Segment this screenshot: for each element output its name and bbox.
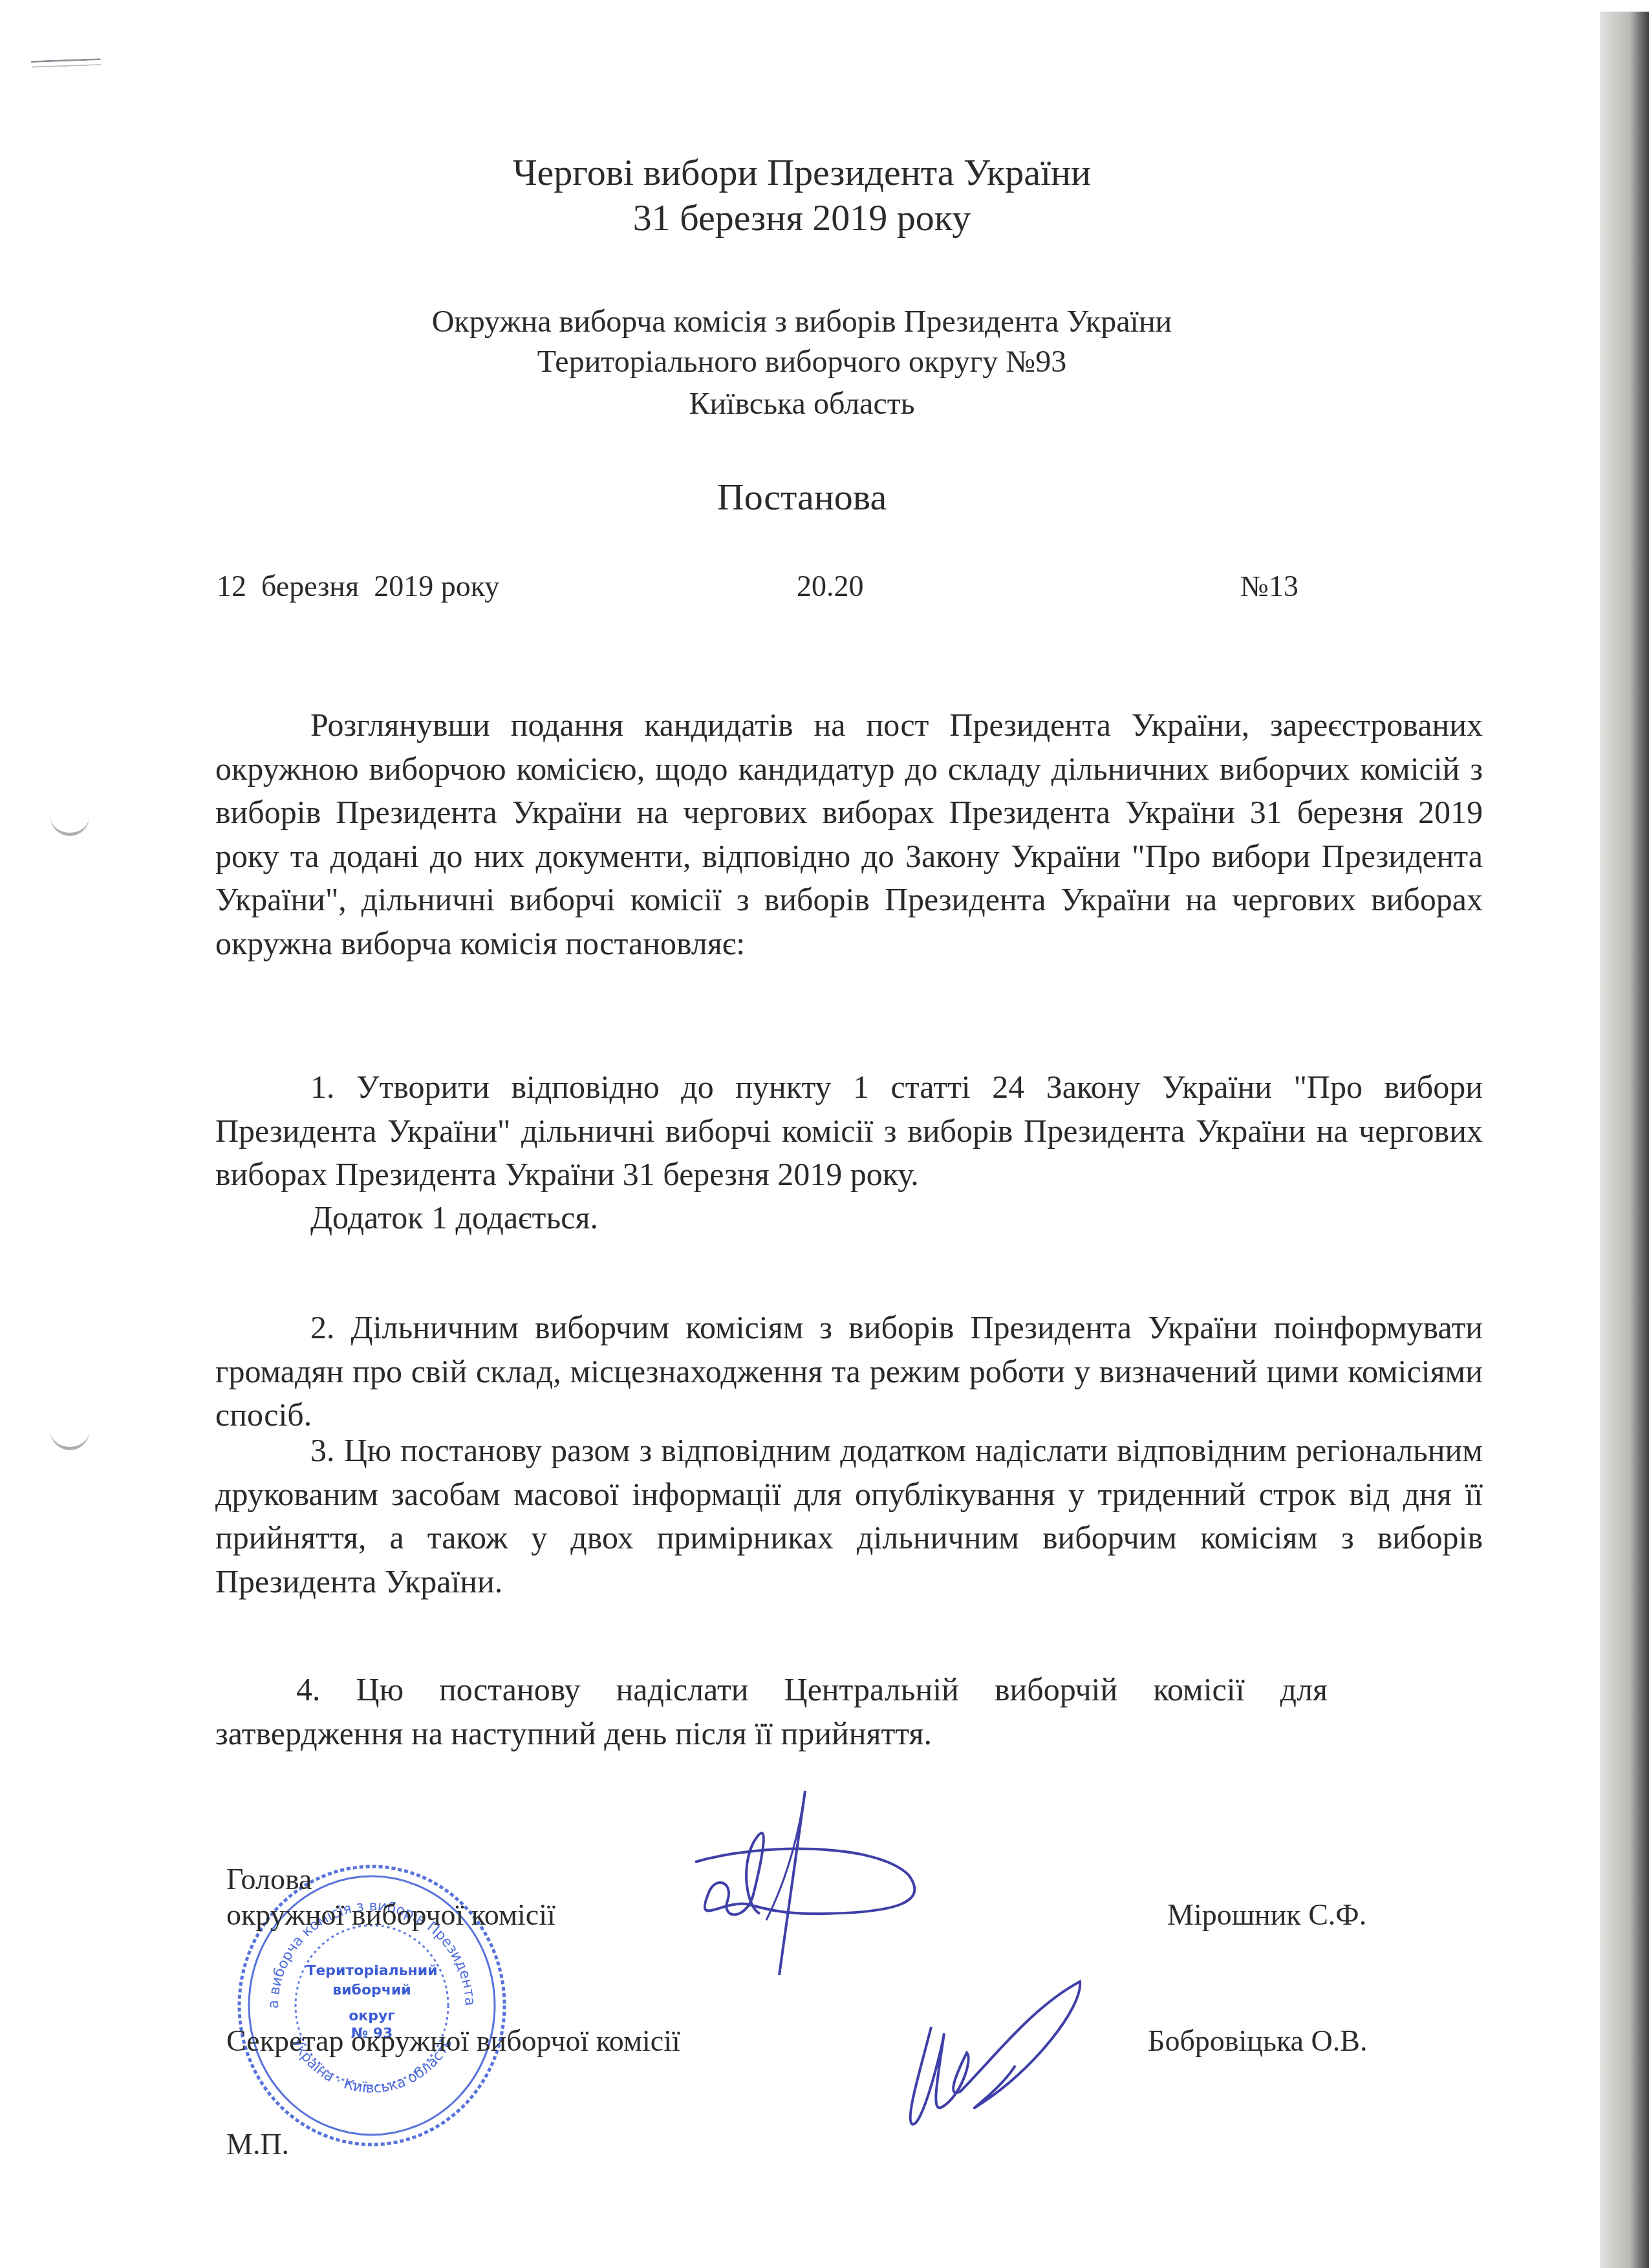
scan-scratch-mark [31, 58, 101, 68]
item-1-text: 1. Утворити відповідно до пункту 1 статт… [215, 1069, 1483, 1192]
chair-title-label: Голова [226, 1862, 312, 1896]
secretary-name: Бобровіцька О.В. [1148, 2024, 1367, 2058]
attachment-note: Додаток 1 додається. [310, 1196, 598, 1240]
scan-edge-shadow [1600, 12, 1649, 2268]
chair-signature [682, 1765, 973, 1978]
item-3-paragraph: 3. Цю постанову разом з відповідним дода… [215, 1429, 1483, 1603]
resolution-date: 12 березня 2019 року [217, 569, 499, 603]
svg-text:Територіальний: Територіальний [306, 1963, 437, 1979]
item-2-text: 2. Дільничним виборчим комісіям з виборі… [215, 1309, 1483, 1433]
punch-hole-mark [50, 1430, 89, 1450]
resolution-number: №13 [1240, 569, 1299, 603]
chair-name: Мірошник С.Ф. [1167, 1898, 1366, 1932]
svg-text:округ: округ [349, 2008, 395, 2024]
chair-commission-label: окружної виборчої комісії [226, 1898, 555, 1932]
item-3-text: 3. Цю постанову разом з відповідним дода… [215, 1432, 1483, 1599]
district-name: Територіального виборчого округу №93 [0, 343, 1604, 381]
intro-paragraph: Розглянувши подання кандидатів на пост П… [215, 703, 1483, 965]
scanned-document-page: Чергові вибори Президента України 31 бер… [0, 0, 1649, 2268]
secretary-label: Секретар окружної виборчої комісії [226, 2024, 680, 2058]
item-4-text: 4. Цю постанову надіслати Центральній ви… [215, 1671, 1328, 1751]
item-4-paragraph: 4. Цю постанову надіслати Центральній ви… [215, 1668, 1328, 1755]
secretary-signature [902, 1969, 1115, 2137]
region-name: Київська область [0, 385, 1604, 423]
document-type-heading: Постанова [0, 475, 1604, 519]
commission-name: Окружна виборча комісія з виборів Презид… [0, 303, 1604, 341]
resolution-time: 20.20 [797, 569, 864, 603]
seal-place-mark: М.П. [226, 2127, 289, 2161]
election-title: Чергові вибори Президента України [0, 150, 1604, 195]
svg-text:виборчий: виборчий [332, 1982, 411, 1998]
punch-hole-mark [50, 816, 89, 836]
item-2-paragraph: 2. Дільничним виборчим комісіям з виборі… [215, 1306, 1483, 1437]
intro-text: Розглянувши подання кандидатів на пост П… [215, 707, 1483, 961]
item-1-paragraph: 1. Утворити відповідно до пункту 1 статт… [215, 1065, 1483, 1197]
election-date: 31 березня 2019 року [0, 195, 1604, 241]
